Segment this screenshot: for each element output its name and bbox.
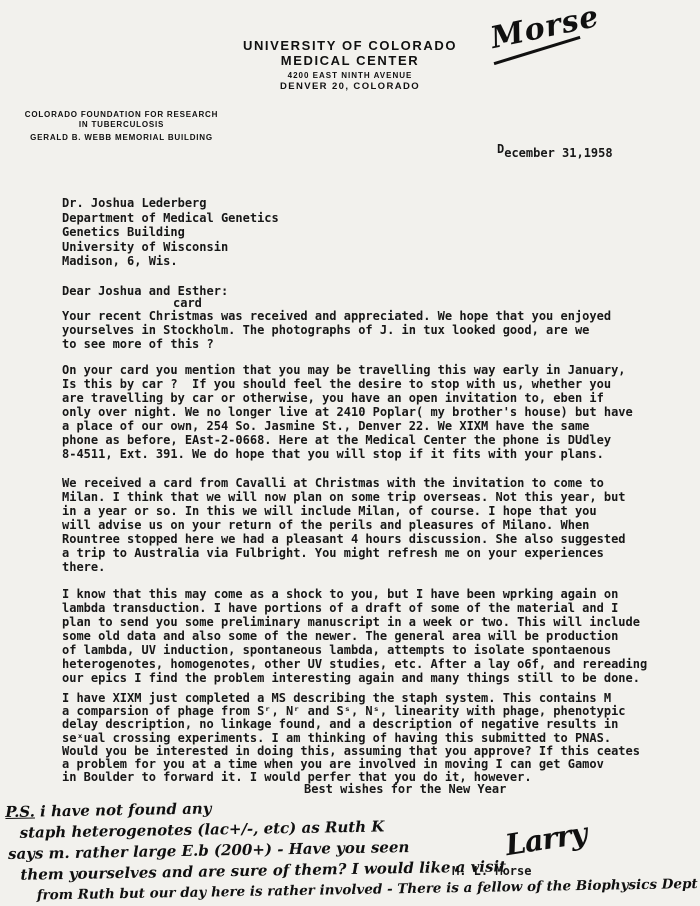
date-line: December 31,1958 [497,146,613,160]
letterhead-street-address: 4200 EAST NINTH AVENUE [0,71,700,81]
ps-prefix: P.S. [5,803,35,822]
letterhead-city-state: DENVER 20, COLORADO [0,81,700,93]
paragraph-5: I have XIXM just completed a MS describi… [62,692,640,784]
paragraph-1: Your recent Christmas was received and a… [62,309,611,351]
foundation-building-line: GERALD B. WEBB MEMORIAL BUILDING [14,133,229,143]
paragraph-2: On your card you mention that you may be… [62,363,633,461]
date-rest: ecember 31,1958 [504,146,612,160]
letter-page: Morse UNIVERSITY OF COLORADO MEDICAL CEN… [0,0,700,906]
paragraph-3: We received a card from Cavalli at Chris… [62,476,626,574]
date-raised-letter: D [497,142,504,156]
letterhead-medical-center: MEDICAL CENTER [0,53,700,68]
letterhead-university-name: UNIVERSITY OF COLORADO [0,38,700,53]
letterhead-center: UNIVERSITY OF COLORADO MEDICAL CENTER 42… [0,38,700,93]
paragraph-4: I know that this may come as a shock to … [62,587,647,685]
letterhead-foundation-block: COLORADO FOUNDATION FOR RESEARCH IN TUBE… [14,110,229,143]
recipient-address: Dr. Joshua Lederberg Department of Medic… [62,196,279,269]
ps-line-1-text: i have not found any [35,799,212,820]
handwritten-postscript: P.S. i have not found any staph heteroge… [5,790,700,906]
foundation-name-line2: IN TUBERCULOSIS [14,120,229,130]
inserted-word-card: card [173,296,202,310]
foundation-name-line1: COLORADO FOUNDATION FOR RESEARCH [14,110,229,120]
salutation: Dear Joshua and Esther: [62,284,228,298]
